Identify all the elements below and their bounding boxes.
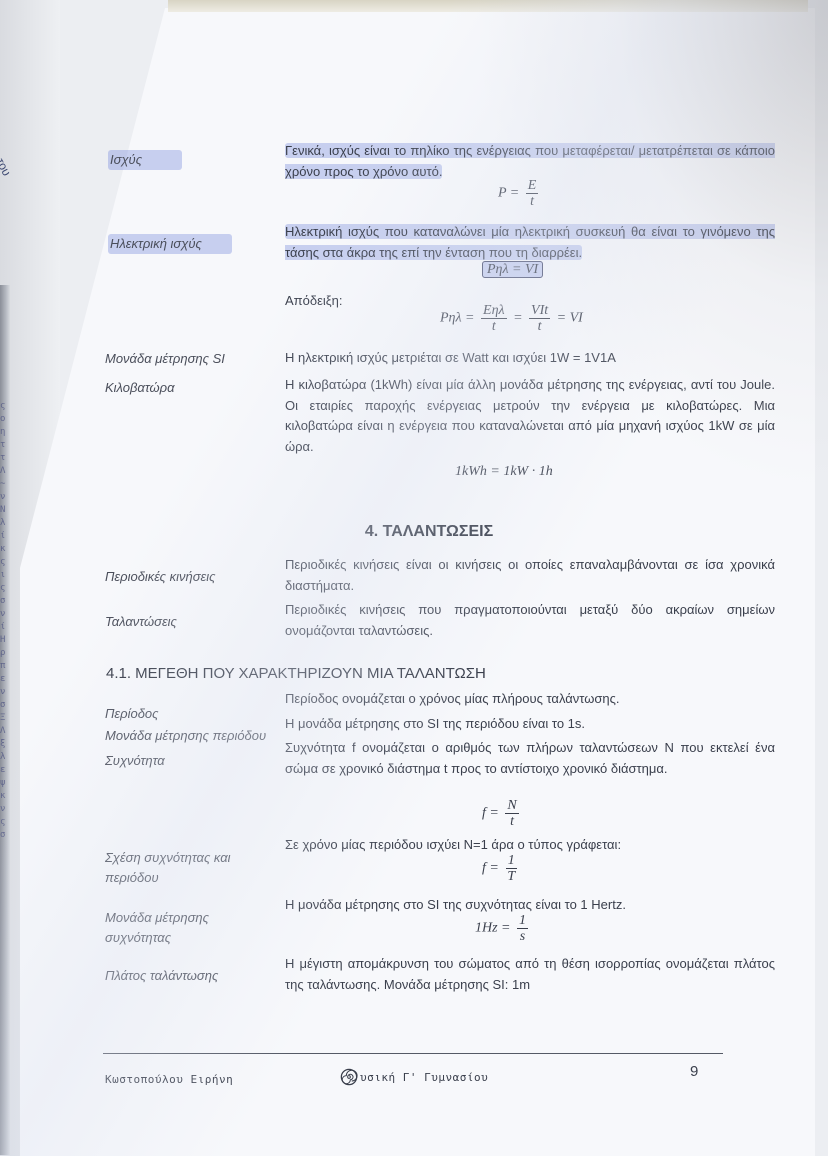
- definition-electric-power: Ηλεκτρική ισχύς που καταναλώνει μία ηλεκ…: [285, 222, 775, 263]
- definition-amplitude: Η μέγιστη απομάκρυνση του σώματος από τη…: [285, 954, 775, 995]
- definition-power: Γενικά, ισχύς είναι το πηλίκο της ενέργε…: [285, 141, 775, 182]
- definition-text: Γενικά, ισχύς είναι το πηλίκο της ενέργε…: [285, 143, 775, 179]
- section-title: 4. ΤΑΛΑΝΤΩΣΕΙΣ: [0, 523, 828, 541]
- footer-title-text: υσική Γ' Γυμνασίου: [360, 1071, 488, 1084]
- term-frequency-unit: Μονάδα μέτρησης συχνότητας: [105, 908, 245, 948]
- subsection-title: 4.1. ΜΕΓΕΘΗ ΠΟΥ ΧΑΡΑΚΤΗΡΙΖΟΥΝ ΜΙΑ ΤΑΛΑΝΤ…: [106, 665, 486, 682]
- formula-kilowatt-hour: 1kWh = 1kW · 1h: [455, 464, 553, 480]
- term-periodic-motions: Περιοδικές κινήσεις: [105, 567, 280, 587]
- formula-hertz: 1Hz = 1s: [475, 913, 531, 944]
- term-si-unit: Μονάδα μέτρησης SI: [105, 349, 280, 369]
- term-power: Ισχύς: [108, 150, 182, 170]
- formula-electric-power-boxed: Pηλ = VI: [482, 262, 543, 278]
- definition-si-unit: Η ηλεκτρική ισχύς μετριέται σε Watt και …: [285, 348, 775, 369]
- definition-text: Ηλεκτρική ισχύς που καταναλώνει μία ηλεκ…: [285, 224, 775, 260]
- footer-divider: [103, 1053, 723, 1054]
- spiral-logo-icon: [340, 1068, 358, 1086]
- definition-frequency-period-relation: Σε χρόνο μίας περιόδου ισχύει N=1 άρα ο …: [285, 835, 775, 856]
- term-electric-power: Ηλεκτρική ισχύς: [108, 234, 232, 254]
- footer-author: Κωστοπούλου Ειρήνη: [105, 1073, 233, 1086]
- definition-kilowatt-hour: Η κιλοβατώρα (1kWh) είναι μία άλλη μονάδ…: [285, 375, 775, 457]
- term-frequency: Συχνότητα: [105, 751, 280, 771]
- formula-electric-power-proof: Pηλ = Eηλt = VItt = VI: [440, 303, 583, 334]
- footer-title: υσική Γ' Γυμνασίου: [340, 1068, 488, 1086]
- definition-frequency: Συχνότητα f ονομάζεται ο αριθμός των πλή…: [285, 738, 775, 779]
- term-amplitude: Πλάτος ταλάντωσης: [105, 966, 280, 986]
- term-period-unit: Μονάδα μέτρησης περιόδου: [105, 726, 290, 746]
- definition-period-unit: Η μονάδα μέτρησης στο SI της περιόδου εί…: [285, 714, 775, 735]
- page-top-edge: [168, 0, 808, 12]
- term-frequency-period-relation: Σχέση συχνότητας και περιόδου: [105, 848, 275, 888]
- term-kilowatt-hour: Κιλοβατώρα: [105, 378, 280, 398]
- formula-frequency: f = Nt: [482, 798, 522, 829]
- adjacent-page-marks: ς ο η τ τ Λ ~ ν Ν λ ί κ ς ι ς σ ν ί Η ρ …: [0, 400, 20, 1100]
- page-number: 9: [690, 1063, 698, 1080]
- definition-periodic-motions: Περιοδικές κινήσεις είναι οι κινήσεις οι…: [285, 555, 775, 596]
- formula-frequency-period: f = 1T: [482, 853, 520, 884]
- term-oscillations: Ταλαντώσεις: [105, 612, 280, 632]
- definition-oscillations: Περιοδικές κινήσεις που πραγματοποιούντα…: [285, 600, 775, 641]
- formula-power: P = Et: [498, 178, 541, 209]
- definition-period: Περίοδος ονομάζεται ο χρόνος μίας πλήρου…: [285, 689, 775, 710]
- term-period: Περίοδος: [105, 704, 283, 724]
